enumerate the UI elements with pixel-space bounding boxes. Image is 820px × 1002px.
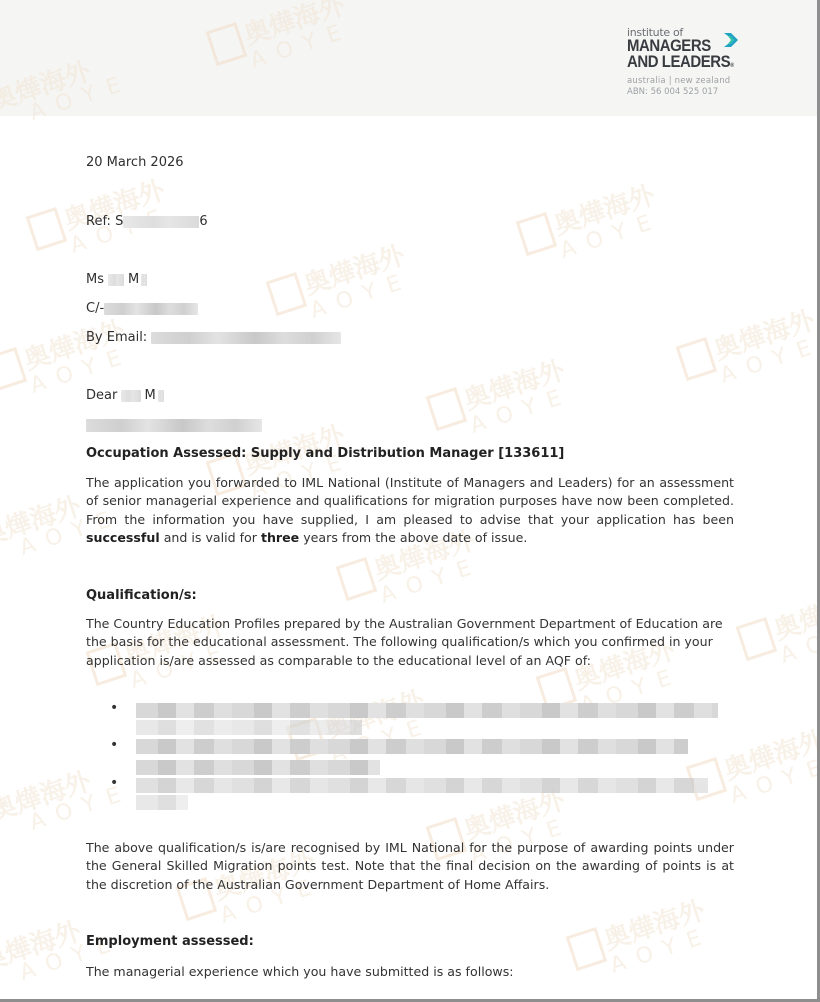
redacted-block [108, 274, 124, 286]
watermark: 奥燁海外AOYE [0, 750, 135, 847]
intro-paragraph: The application you forwarded to IML Nat… [86, 474, 734, 547]
watermark: 奥燁海外AOYE [514, 175, 665, 274]
employment-heading: Employment assessed: [86, 933, 254, 951]
outcome-successful: successful [86, 530, 160, 545]
recognition-paragraph: The above qualification/s is/are recogni… [86, 839, 734, 894]
watermark: 奥燁海外AOYE [734, 580, 820, 679]
logo-region: australia | new zealand [627, 76, 757, 87]
redacted-block [136, 720, 362, 735]
recipient-name: MsM [86, 271, 147, 289]
redacted-block [151, 332, 341, 344]
redacted-block [86, 419, 262, 432]
salutation: Dear M [86, 387, 164, 405]
redacted-block [136, 760, 380, 775]
qualifications-heading: Qualification/s: [86, 587, 197, 605]
redacted-block [104, 303, 198, 315]
occupation-heading: Occupation Assessed: Supply and Distribu… [86, 445, 564, 463]
redacted-block [136, 739, 688, 754]
bullet-glyph: • [110, 700, 118, 716]
iml-logo: institute of MANAGERS AND LEADERS® austr… [627, 27, 757, 98]
validity-years: three [261, 530, 299, 545]
reference-number: Ref: S6 [86, 213, 208, 231]
bullet-glyph: • [110, 775, 118, 791]
redacted-block [141, 274, 147, 286]
watermark: 奥燁海外AOYE [264, 235, 415, 334]
email-line: By Email: [86, 329, 341, 347]
chevron-logo-icon [722, 31, 740, 49]
watermark: 奥燁海外AOYE [424, 350, 575, 449]
logo-wordmark-line2: AND LEADERS® [627, 54, 741, 74]
redacted-block [123, 216, 199, 228]
redacted-line [86, 417, 262, 435]
bullet-glyph: • [110, 737, 118, 753]
letter-date: 20 March 2026 [86, 154, 184, 172]
watermark: 奥燁海外AOYE [674, 300, 820, 399]
redacted-block [136, 795, 188, 810]
watermark: 奥燁海外AOYE [684, 720, 820, 819]
redacted-block [158, 390, 164, 402]
qualifications-paragraph: The Country Education Profiles prepared … [86, 615, 726, 670]
redacted-block [121, 390, 141, 402]
care-of-line: C/- [86, 300, 198, 318]
watermark: 奥燁海外AOYE [564, 890, 715, 989]
redacted-block [136, 778, 708, 793]
abn-number: ABN: 56 004 525 017 [627, 87, 757, 98]
letter-page: 奥燁海外AOYE 奥燁海外AOYE 奥燁海外AOYE 奥燁海外AOYE 奥燁海外… [0, 0, 820, 1002]
employment-paragraph: The managerial experience which you have… [86, 963, 514, 981]
redacted-block [136, 703, 718, 718]
